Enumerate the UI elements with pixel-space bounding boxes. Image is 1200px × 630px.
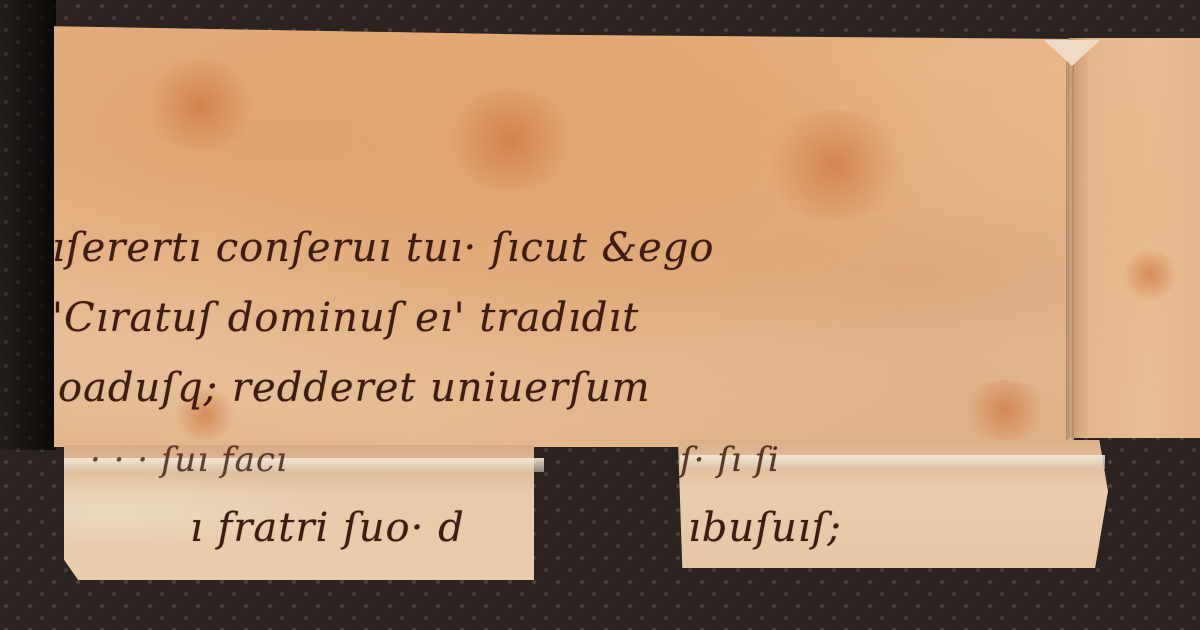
lower-strip-left-text: ı fratri ſuo· d [190,505,465,551]
left-shadow [0,0,56,450]
rust-stain [960,380,1050,440]
manuscript-line-1: ıſerertı conſeruı tuı· ſıcut &ego [52,225,714,271]
rust-stain [1120,250,1180,300]
manuscript-line-4-damaged: · · · ſuı facı [90,440,288,480]
parchment-folded-flap [1068,38,1200,438]
fold-crease [1066,40,1074,440]
rust-stain [440,90,580,190]
photo-scene: ıſerertı conſeruı tuı· ſıcut &ego 'Cırat… [0,0,1200,630]
manuscript-line-2: 'Cıratuſ dominuſ eı' tradıdıt [52,295,639,341]
rust-stain [760,110,910,220]
lower-strip-right-text: ıbuſuıſ; [688,505,842,551]
manuscript-line-3: oaduſq; redderet uniuerſum [58,365,651,411]
parchment-notch [1044,40,1100,66]
rust-stain [140,60,260,150]
manuscript-line-4-right-damaged: ſ· ſı ſi [680,440,780,480]
